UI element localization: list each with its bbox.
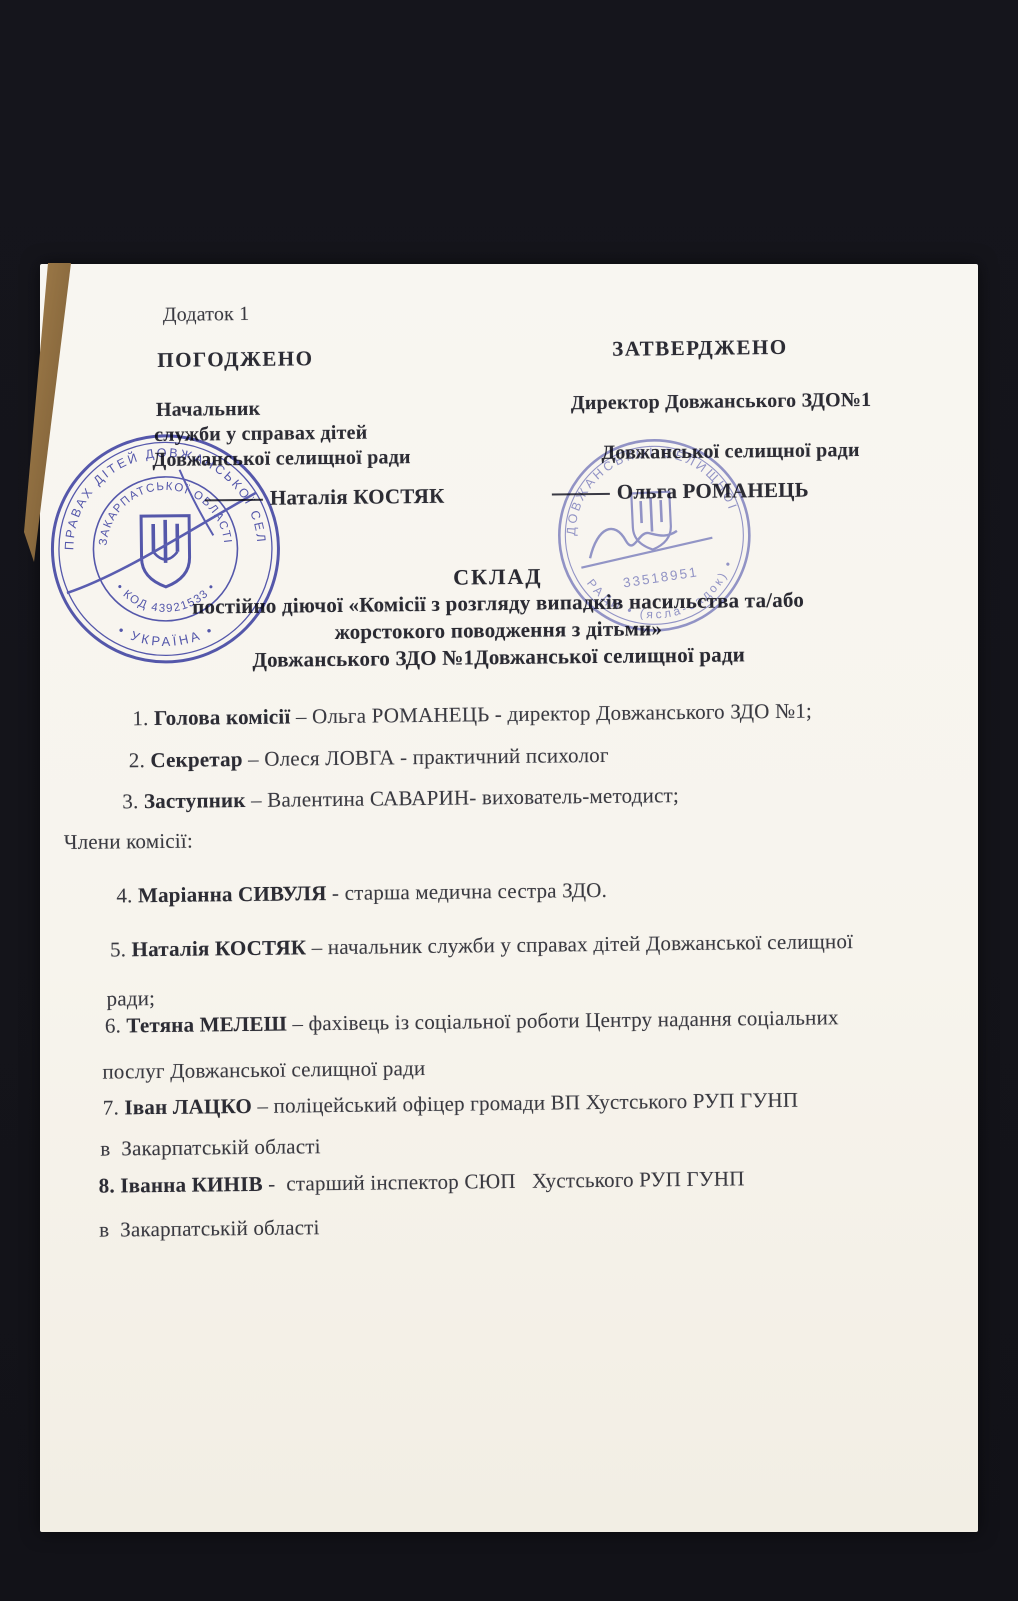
member-item: 4. Маріанна СИВУЛЯ - старша медична сест…: [116, 878, 607, 908]
member-item-continuation: послуг Довжанської селищної ради: [102, 1056, 425, 1084]
member-item: 1. Голова комісії – Ольга РОМАНЕЦЬ - дир…: [132, 699, 812, 731]
document-page: Додаток 1 ПОГОДЖЕНО ЗАТВЕРДЖЕНО Начальни…: [40, 264, 978, 1532]
member-item: 2. Секретар – Олеся ЛОВГА - практичний п…: [129, 743, 609, 773]
member-item-continuation: в Закарпатській області: [99, 1215, 320, 1242]
pen-signature-stroke: [576, 514, 714, 568]
stamp-outer-bottom-text: • УКРАЇНА •: [116, 621, 218, 649]
appendix-label: Додаток 1: [163, 303, 250, 327]
wooden-edge: [0, 0, 120, 620]
agreed-signer-name: Наталія КОСТЯК: [270, 484, 445, 510]
trident-emblem-icon: [141, 516, 190, 588]
stamp-ring-bottom-text: РАДИ • (ясла-садок) •: [583, 555, 743, 632]
member-item: 5. Наталія КОСТЯК – начальник служби у с…: [110, 929, 853, 962]
member-item: 3. Заступник – Валентина САВАРИН- вихова…: [122, 783, 679, 813]
agreed-header: ПОГОДЖЕНО: [157, 346, 313, 372]
approved-header: ЗАТВЕРДЖЕНО: [612, 335, 788, 361]
members-label: Члени комісії:: [64, 829, 193, 855]
member-item: 8. Іванна КИНІВ - старший інспектор СЮП …: [99, 1166, 745, 1197]
stamp-registration-number: 33518951: [622, 564, 699, 590]
document-content: Додаток 1 ПОГОДЖЕНО ЗАТВЕРДЖЕНО Начальни…: [34, 259, 986, 1538]
approved-line: Директор Довжанського ЗДО№1: [571, 389, 872, 415]
agreed-line: Начальник: [156, 398, 261, 422]
photo-background: Додаток 1 ПОГОДЖЕНО ЗАТВЕРДЖЕНО Начальни…: [0, 0, 1018, 1601]
official-stamp-right: ДОВЖАНСЬКОЇ СЕЛИЩНОЇ РАДИ • (ясла-садок)…: [548, 429, 760, 641]
member-item: 6. Тетяна МЕЛЕШ – фахівець із соціальної…: [105, 1005, 839, 1037]
member-item-continuation: ради;: [106, 986, 155, 1011]
stamp-ring-top-text: ДОВЖАНСЬКОЇ СЕЛИЩНОЇ: [553, 433, 741, 538]
member-item: 7. Іван ЛАЦКО – поліцейський офіцер гром…: [103, 1088, 799, 1120]
member-item-continuation: в Закарпатській області: [100, 1134, 321, 1161]
